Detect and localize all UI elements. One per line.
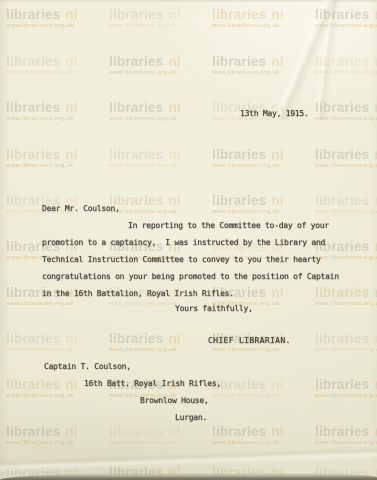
letter-body-line: congratulations on your being promoted t…	[42, 272, 339, 281]
letter-date: 13th May, 1915.	[240, 109, 309, 118]
recipient-house: Brownlow House,	[140, 396, 209, 405]
paper-crease-top-right	[230, 0, 377, 120]
letter-signature: CHIEF LIBRARIAN.	[208, 336, 291, 345]
paper-crease-bottom	[0, 440, 377, 474]
scanned-letter-screenshot: librariesniwww.librariesni.org.uklibrari…	[0, 0, 377, 480]
letter-salutation: Dear Mr. Coulson,	[42, 204, 120, 213]
letter-body-line: promotion to a captaincy, I was instruct…	[42, 238, 325, 247]
letter-body-line: In reporting to the Committee to-day of …	[128, 221, 329, 230]
letter-body-line: in the 16th Battalion, Royal Irish Rifle…	[42, 289, 234, 298]
recipient-town: Lurgan.	[175, 413, 207, 422]
letter-valediction: Yours faithfully,	[175, 304, 253, 313]
recipient-regiment: 16th Batt. Royal Irish Rifles,	[84, 379, 221, 388]
letter-body-line: Technical Instruction Committee to conve…	[42, 255, 321, 264]
paper-bottom-edge	[0, 473, 377, 480]
recipient-name: Captain T. Coulson,	[44, 362, 131, 371]
